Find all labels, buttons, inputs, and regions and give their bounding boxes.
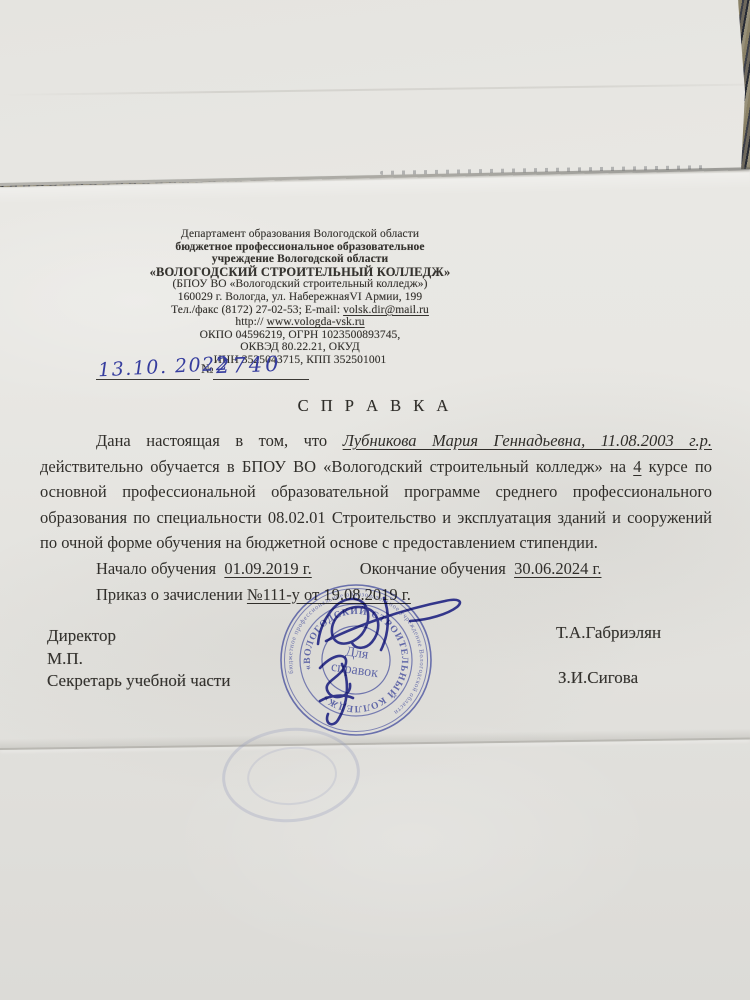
document-title: С П Р А В К А [0,396,750,416]
letterhead-email: volsk.dir@mail.ru [343,304,429,316]
ref-line: № 13.10. 2022 2740 [96,358,356,384]
start-label: Начало обучения [96,559,216,578]
letterhead-url: www.vologda-vsk.ru [267,316,365,328]
letterhead: Департамент образования Вологодской обла… [75,228,525,367]
secretary-name: З.И.Сигова [558,668,638,688]
letterhead-college-short-name: (БПОУ ВО «Вологодский строительный колле… [75,278,525,291]
letterhead-okved-okud: ОКВЭД 80.22.21, ОКУД [75,341,525,354]
director-label: Директор [47,626,116,646]
director-name: Т.А.Габриэлян [556,623,661,643]
round-stamp: бюджетное профессиональное образовательн… [277,581,435,739]
start-date: 01.09.2019 г. [224,559,311,578]
order-label: Приказ о зачислении [96,585,243,604]
secretary-label: Секретарь учебной части [47,671,230,691]
letterhead-contacts: Тел./факс (8172) 27-02-53; E-mail: volsk… [75,304,525,317]
round-stamp-svg: бюджетное профессиональное образовательн… [277,581,435,739]
study-period-line: Начало обучения 01.09.2019 г.Окончание о… [40,556,712,582]
letterhead-phone: Тел./факс (8172) 27-02-53; E-mail: [171,304,343,316]
number-rule [213,379,309,380]
letterhead-institution-type-2: учреждение Вологодской области [75,253,525,266]
stamp-ink-offset-ghost-inner [245,743,340,809]
letterhead-department: Департамент образования Вологодской обла… [75,228,525,241]
letterhead-address: 160029 г. Вологда, ул. НабережнаяVI Арми… [75,291,525,304]
handwritten-number: 2740 [216,352,282,378]
letterhead-institution-type-1: бюджетное профессиональное образовательн… [75,241,525,254]
body-start: Дана настоящая в том, что [96,431,343,450]
letterhead-website: http:// www.vologda-vsk.ru [75,316,525,329]
seal-place-mark: М.П. [47,649,83,669]
stamp-center-line2: справок [330,660,379,681]
letterhead-college-name: «ВОЛОГОДСКИЙ СТРОИТЕЛЬНЫЙ КОЛЛЕДЖ» [75,266,525,279]
body-mid: действительно обучается в БПОУ ВО «Волог… [40,457,633,476]
photo-of-certificate: Департамент образования Вологодской обла… [0,0,750,1000]
main-paragraph: Дана настоящая в том, что Лубникова Мари… [40,428,712,556]
letterhead-http: http:// [235,316,266,328]
student-name-and-dob: Лубникова Мария Геннадьевна, 11.08.2003 … [343,431,712,450]
stamp-center-line1: Для [344,645,369,663]
end-label: Окончание обучения [360,559,506,578]
letterhead-okpo-ogrn: ОКПО 04596219, ОГРН 1023500893745, [75,329,525,342]
end-date: 30.06.2024 г. [514,559,601,578]
